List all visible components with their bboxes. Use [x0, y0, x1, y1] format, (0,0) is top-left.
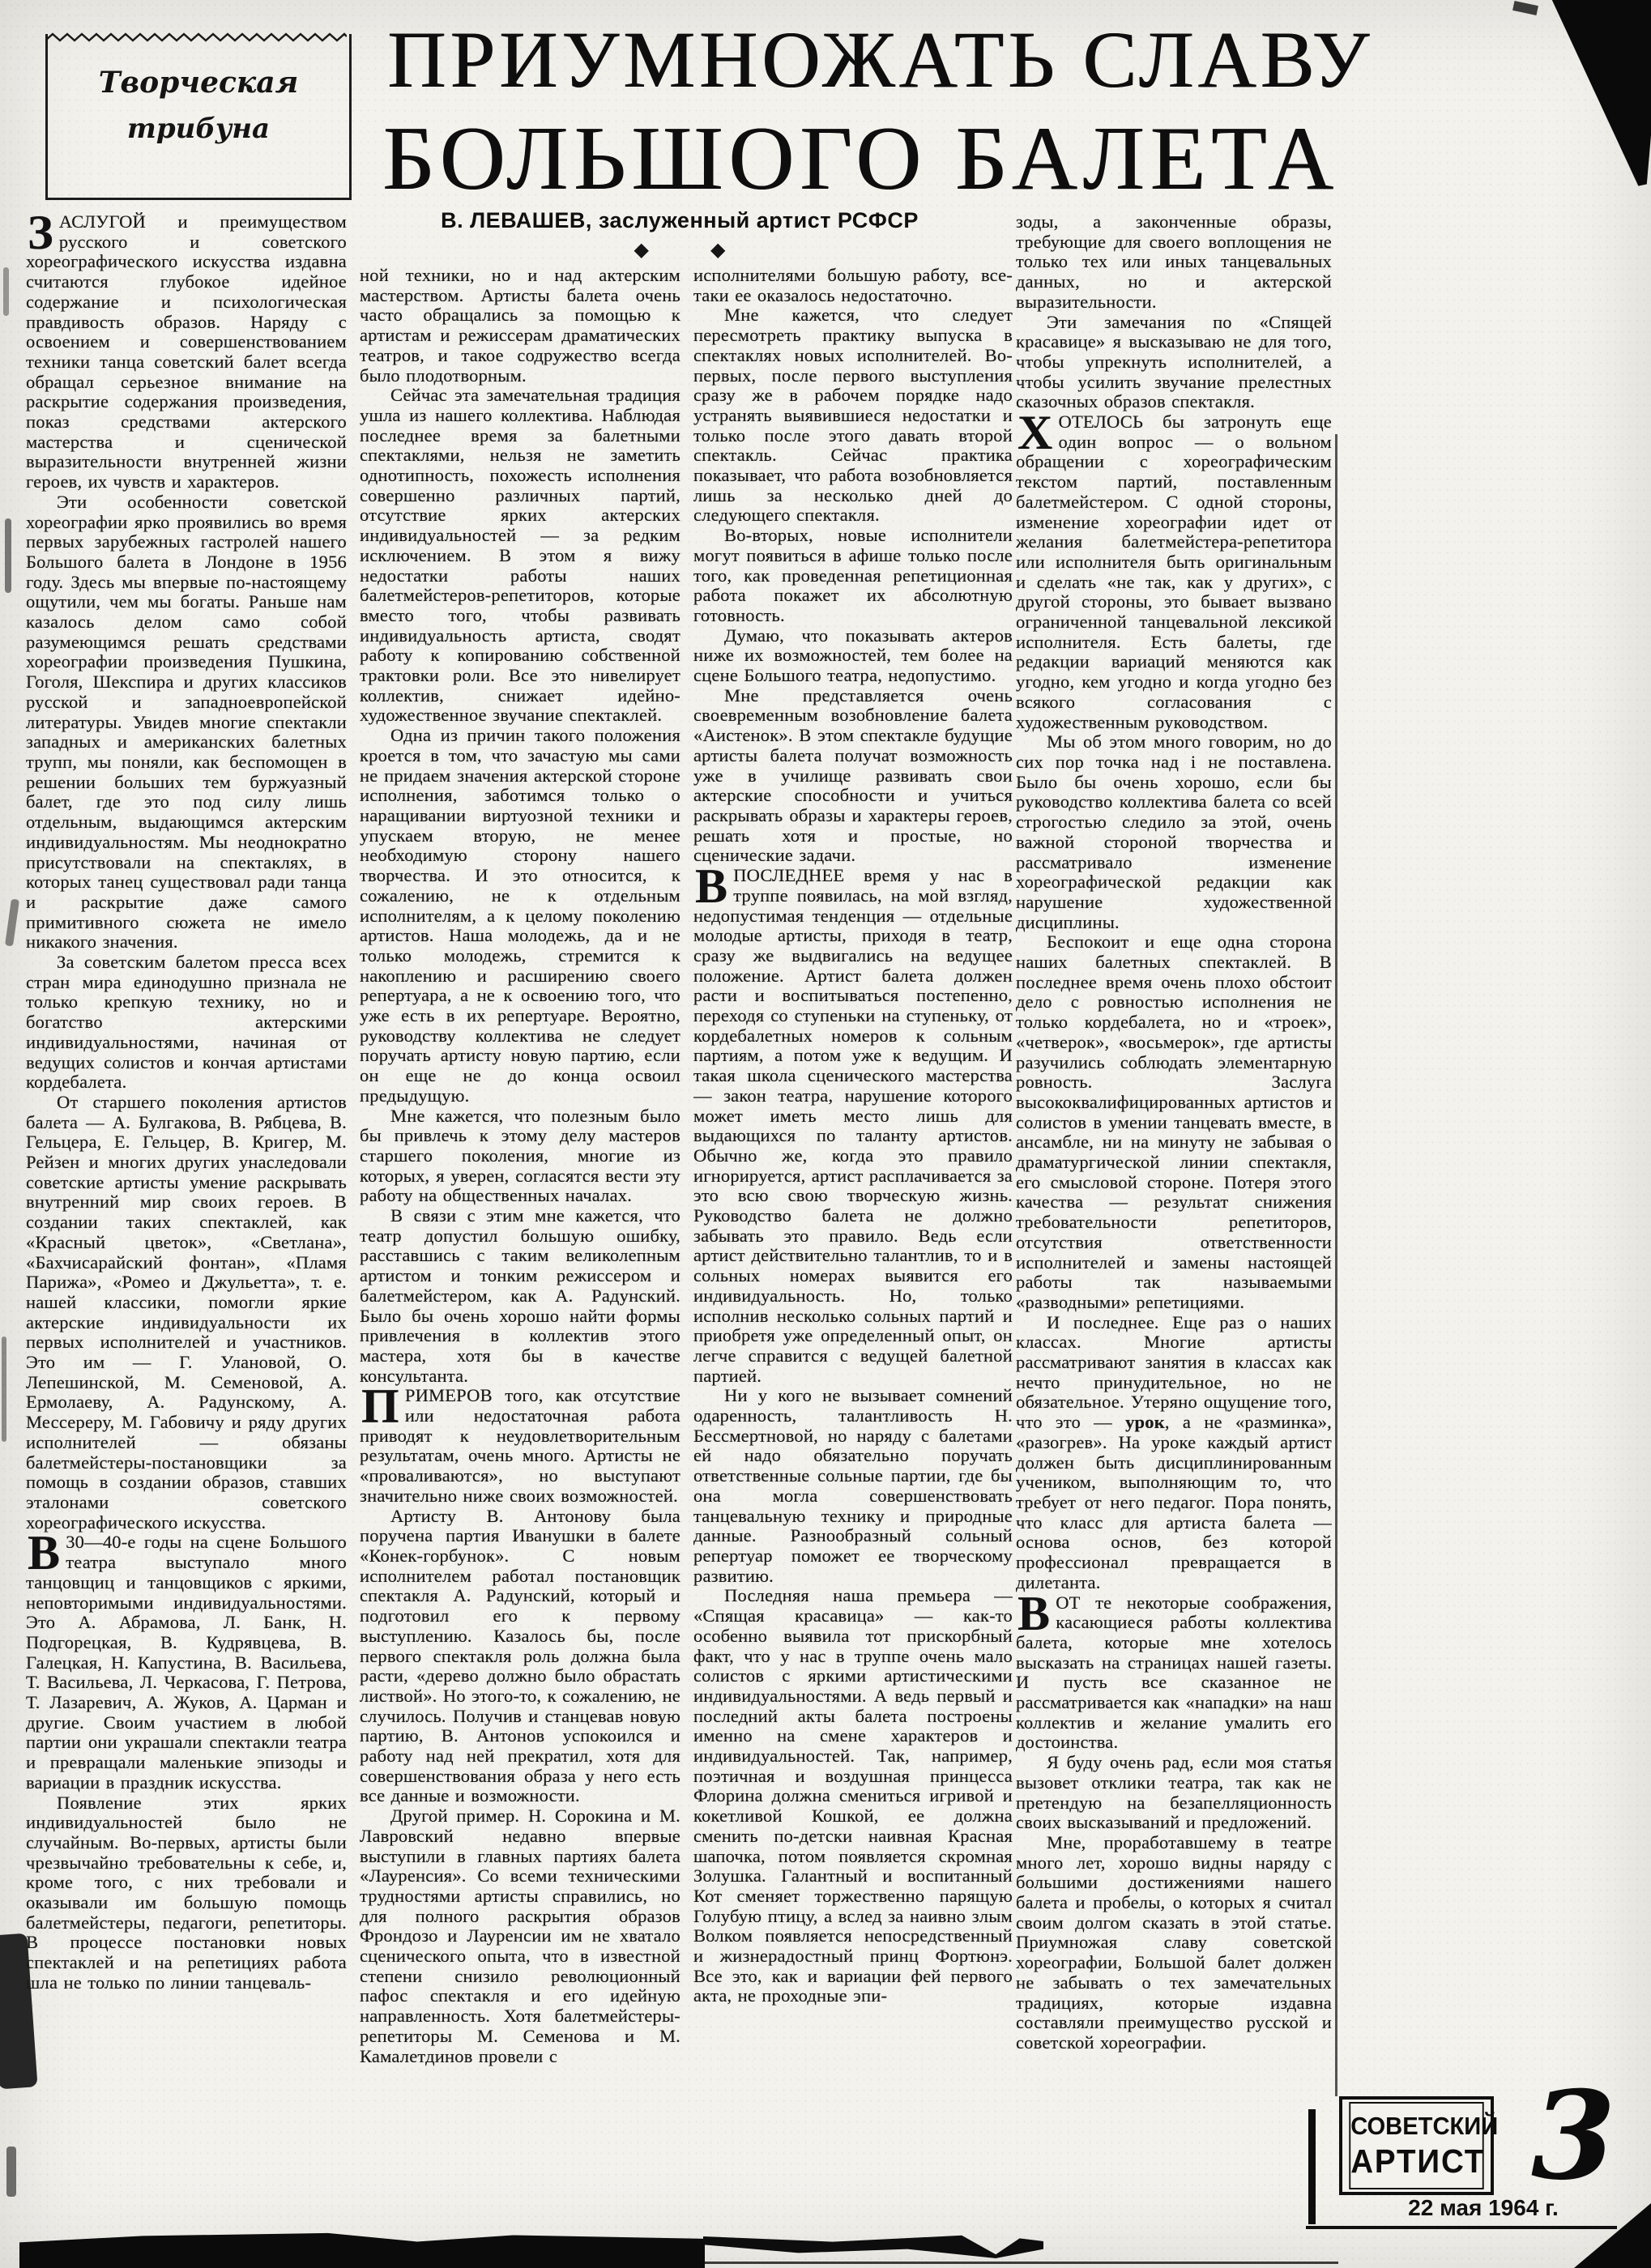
- article-paragraph: Другой пример. Н. Сорокина и М. Лавровск…: [360, 1806, 680, 2066]
- diamond-icon: ◆: [710, 238, 725, 262]
- scan-artifact-smudge: [5, 518, 11, 593]
- masthead-logo-frame: СОВЕТСКИЙ АРТИСТ: [1349, 2102, 1483, 2189]
- article-paragraph: ной техники, но и над актерским мастерст…: [360, 266, 680, 386]
- article-paragraph: Во-вторых, новые исполнители могут появи…: [693, 526, 1013, 626]
- scan-artifact-smudge: [5, 899, 19, 947]
- article-paragraph: Мне кажется, что полезным было бы привле…: [360, 1106, 680, 1207]
- column-rule-vertical: [1335, 434, 1337, 2096]
- article-paragraph: Мы об этом много говорим, но до сих пор …: [1016, 732, 1332, 932]
- article-paragraph: зоды, а законченные образы, требующие дл…: [1016, 212, 1332, 313]
- kicker-box: Творческая трибуна: [45, 34, 352, 200]
- article-paragraph: От старшего поколения артистов балета — …: [26, 1093, 347, 1533]
- drop-cap: В: [693, 866, 733, 905]
- article-paragraph: Беспокоит и еще одна сторона наших балет…: [1016, 932, 1332, 1312]
- article-paragraph: За советским балетом пресса всех стран м…: [26, 953, 347, 1093]
- article-paragraph: Мне представляется очень своевременным в…: [693, 686, 1013, 866]
- ornament-diamonds: ◆◆: [353, 238, 1006, 262]
- newspaper-page: Творческая трибуна ПРИУМНОЖАТЬ СЛАВУ БОЛ…: [0, 0, 1651, 2268]
- article-column-1: ЗАСЛУГОЙ и преимуществом русского и сове…: [26, 212, 347, 2223]
- article-paragraph: Появление этих ярких индивидуальностей б…: [26, 1793, 347, 1993]
- article-paragraph: ВОТ те некоторые соображения, касающиеся…: [1016, 1593, 1332, 1754]
- masthead-line2: АРТИСТ: [1350, 2142, 1482, 2181]
- masthead-logo: СОВЕТСКИЙ АРТИСТ: [1339, 2096, 1494, 2195]
- drop-cap: В: [26, 1533, 66, 1571]
- article-column-3: исполнителями большую работу, все-таки е…: [693, 266, 1013, 2223]
- article-paragraph: Я буду очень рад, если моя статья вызове…: [1016, 1753, 1332, 1833]
- masthead-rule: [1306, 2226, 1617, 2229]
- drop-cap: З: [26, 212, 59, 251]
- article-paragraph: ПРИМЕРОВ того, как отсутствие или недост…: [360, 1386, 680, 1506]
- scan-artifact-corner-top-right: [1546, 0, 1651, 188]
- article-column-2: ной техники, но и над актерским мастерст…: [360, 266, 680, 2223]
- masthead-line1: СОВЕТСКИЙ: [1350, 2112, 1482, 2141]
- diamond-icon: ◆: [634, 238, 649, 262]
- article-paragraph: И последнее. Еще раз о наших классах. Мн…: [1016, 1313, 1332, 1593]
- article-paragraph: Последняя наша премьера — «Спящая красав…: [693, 1586, 1013, 2006]
- page-number: 3: [1531, 2075, 1615, 2197]
- article-paragraph: Эти замечания по «Спящей красавице» я вы…: [1016, 313, 1332, 413]
- scan-artifact-speck: [1512, 1, 1538, 15]
- headline-line2: БОЛЬШОГО БАЛЕТА: [382, 107, 1339, 211]
- article-paragraph: ЗАСЛУГОЙ и преимуществом русского и сове…: [26, 212, 347, 492]
- article-paragraph: Артисту В. Антонову была поручена партия…: [360, 1507, 680, 1807]
- headline-line1: ПРИУМНОЖАТЬ СЛАВУ: [387, 13, 1373, 106]
- article-paragraph: В30—40-е годы на сцене Большого театра в…: [26, 1533, 347, 1793]
- article-paragraph: Мне, проработавшему в театре много лет, …: [1016, 1833, 1332, 2053]
- article-paragraph: Эти особенности советской хореографии яр…: [26, 492, 347, 953]
- scan-artifact-band-right: [703, 2234, 1043, 2258]
- article-paragraph: ВПОСЛЕДНЕЕ время у нас в труппе появилас…: [693, 866, 1013, 1386]
- scan-artifact-band-left: [19, 2232, 705, 2268]
- thick-rule-vertical: [1308, 2109, 1316, 2224]
- article-paragraph: Одна из причин такого положения кроется …: [360, 726, 680, 1106]
- drop-cap: В: [1016, 1593, 1056, 1632]
- drop-cap: Х: [1016, 412, 1059, 451]
- kicker-line1: Творческая: [48, 68, 349, 97]
- article-paragraph: Ни у кого не вызывает сомнений одареннос…: [693, 1386, 1013, 1586]
- byline: В. ЛЕВАШЕВ, заслуженный артист РСФСР: [353, 207, 1006, 233]
- drop-cap: П: [360, 1386, 405, 1425]
- article-paragraph: ХОТЕЛОСЬ бы затронуть еще один вопрос — …: [1016, 412, 1332, 732]
- article-paragraph: исполнителями большую работу, все-таки е…: [693, 266, 1013, 305]
- scan-artifact-smudge: [3, 267, 9, 316]
- article-paragraph: В связи с этим мне кажется, что театр до…: [360, 1206, 680, 1386]
- article-paragraph: Сейчас эта замечательная традиция ушла и…: [360, 386, 680, 726]
- kicker-line2: трибуна: [48, 115, 349, 143]
- scan-artifact-smudge: [2, 1336, 6, 1442]
- zigzag-border: [45, 32, 347, 42]
- article-column-4: зоды, а законченные образы, требующие дл…: [1016, 212, 1332, 2223]
- scan-artifact-smudge: [6, 2146, 16, 2197]
- article-paragraph: Мне кажется, что следует пересмотреть пр…: [693, 305, 1013, 526]
- article-paragraph: Думаю, что показывать актеров ниже их во…: [693, 626, 1013, 686]
